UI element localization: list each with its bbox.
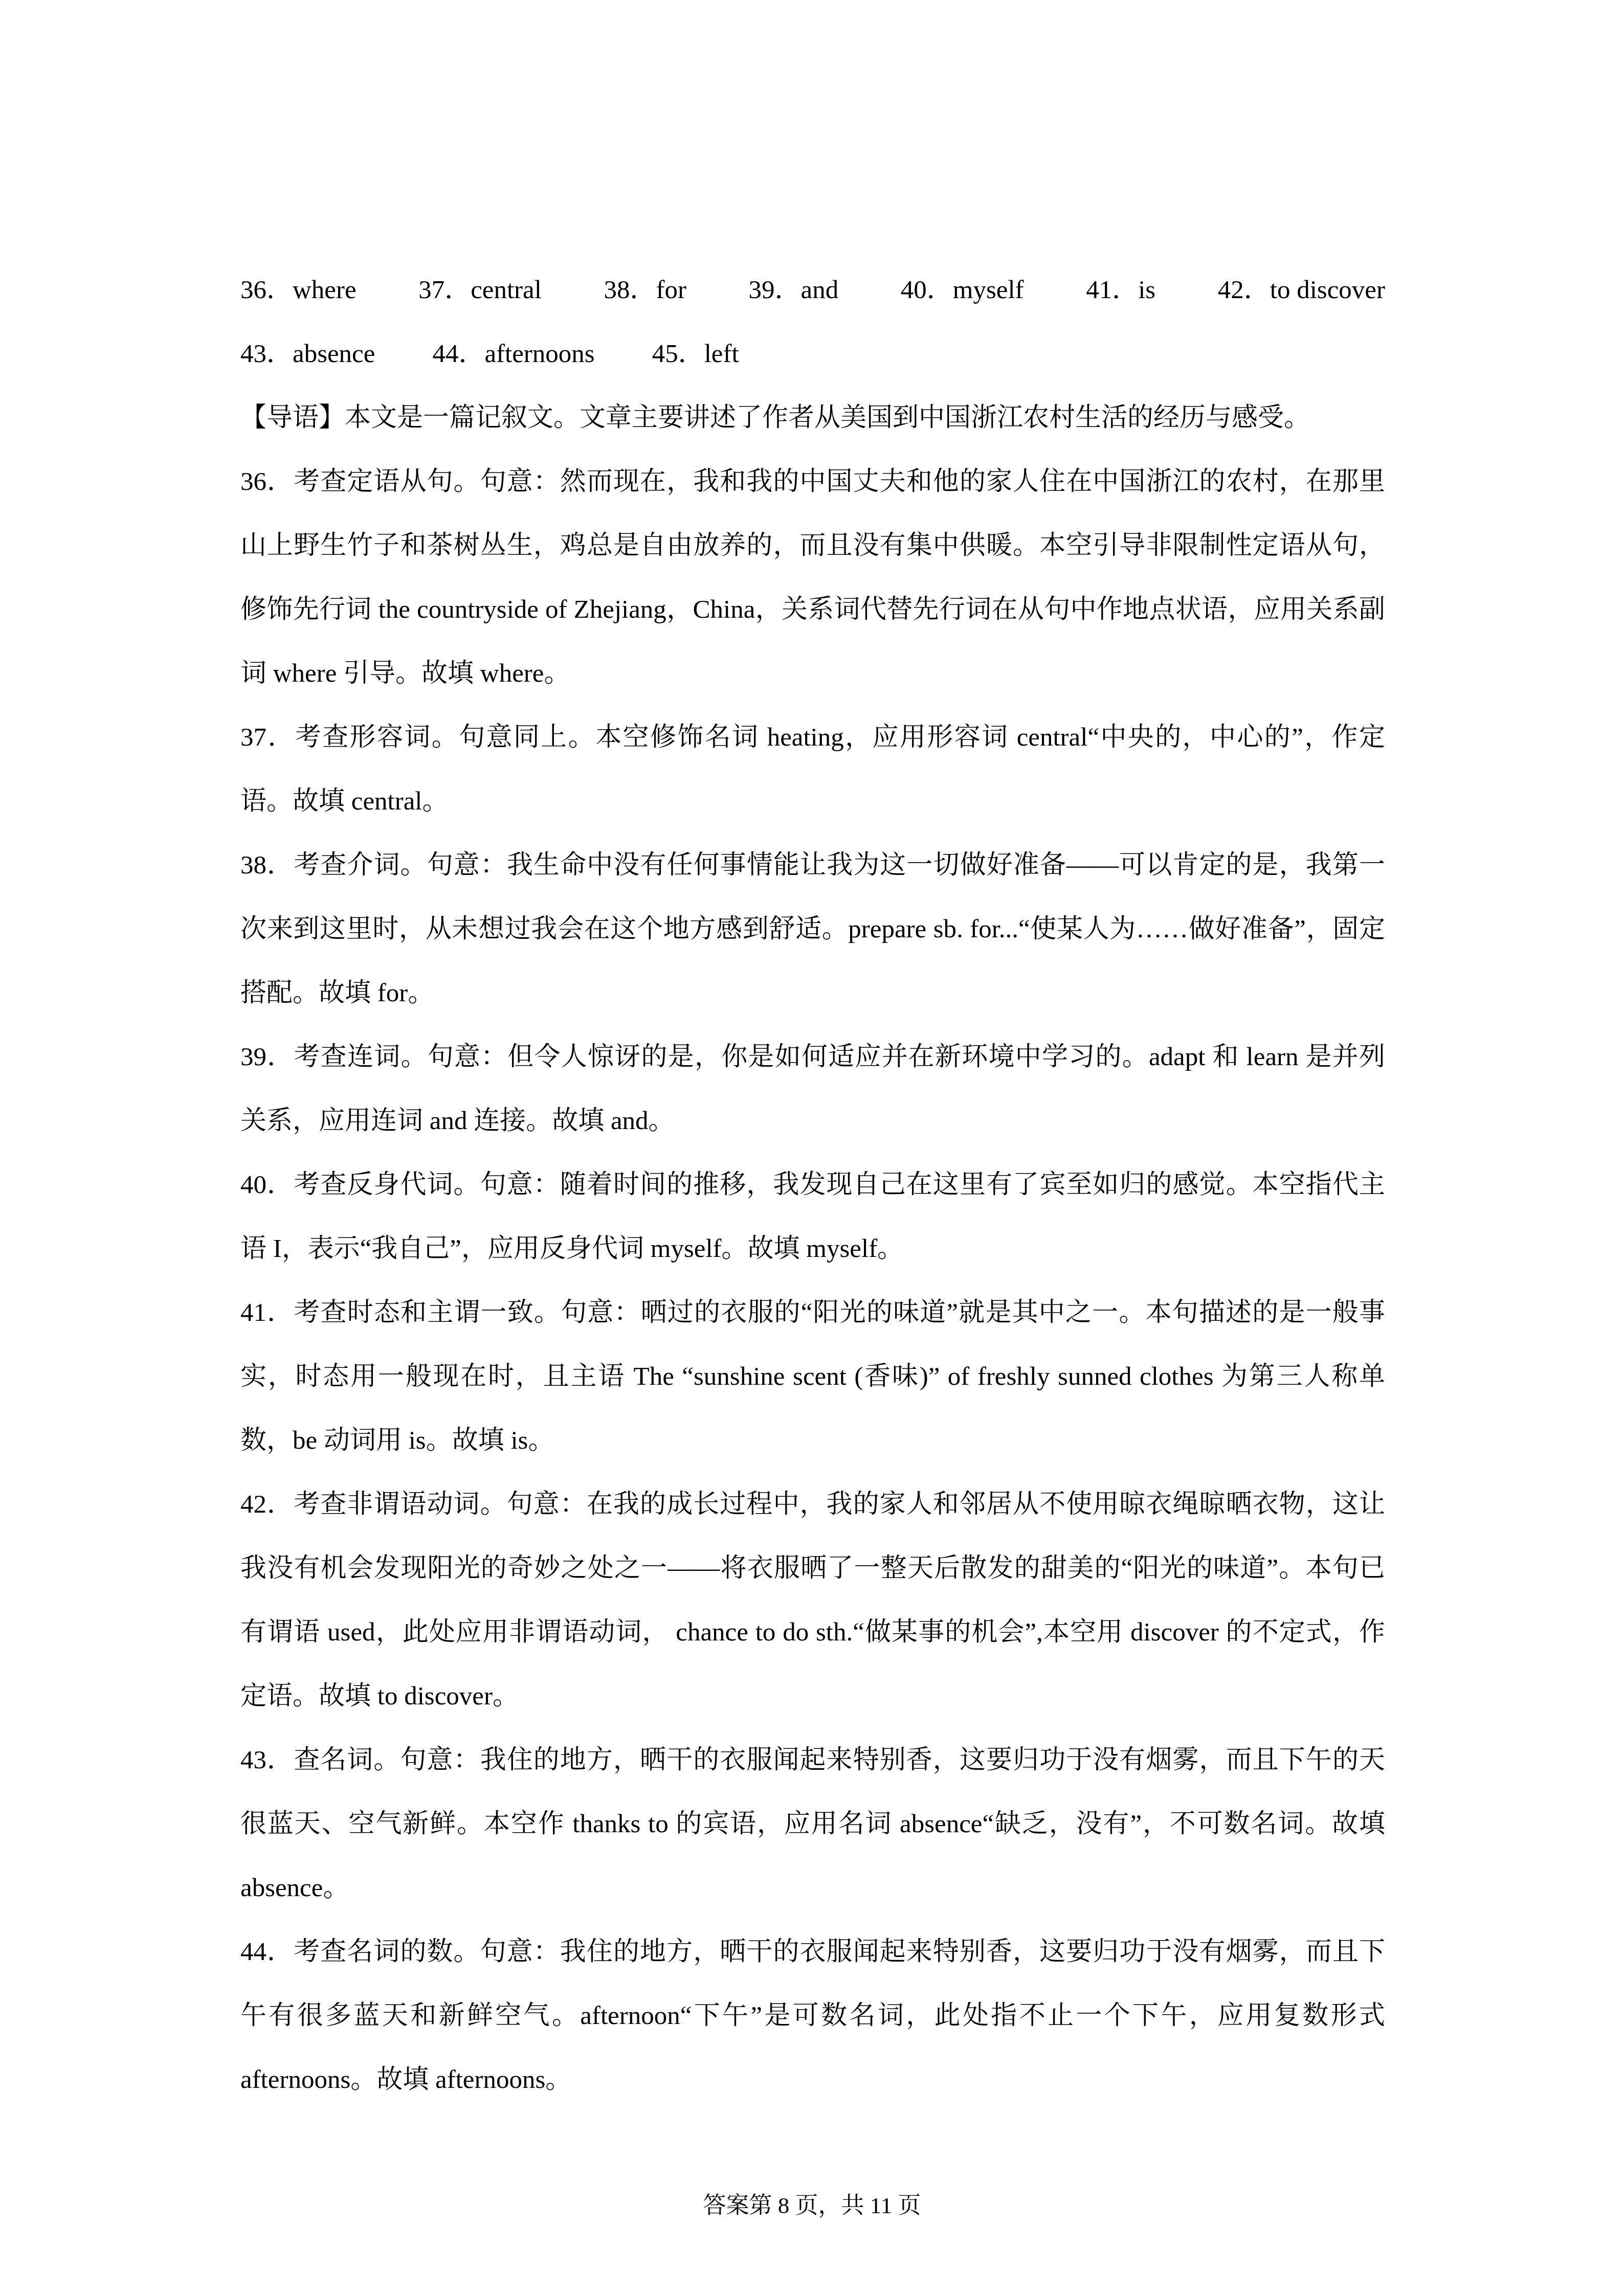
answer-item-38: 38．for	[604, 258, 686, 322]
answer-item-41: 41．is	[1086, 258, 1155, 322]
explanation-paragraph-43: 43．查名词。句意：我住的地方，晒干的衣服闻起来特别香，这要归功于没有烟雾，而且…	[240, 1728, 1385, 1920]
answer-item-42: 42．to discover	[1218, 258, 1385, 322]
explanation-paragraph-38: 38．考查介词。句意：我生命中没有任何事情能让我为这一切做好准备——可以肯定的是…	[240, 834, 1385, 1025]
answer-key-row-1: 36．where 37．central 38．for 39．and 40．mys…	[240, 258, 1385, 322]
answer-item-45: 45．left	[652, 322, 739, 386]
explanation-paragraph-37: 37．考查形容词。句意同上。本空修饰名词 heating，应用形容词 centr…	[240, 706, 1385, 834]
answer-key-row-2: 43．absence 44．afternoons 45．left	[240, 322, 1385, 386]
explanation-paragraph-44: 44．考查名词的数。句意：我住的地方，晒干的衣服闻起来特别香，这要归功于没有烟雾…	[240, 1920, 1385, 2112]
explanation-paragraph-40: 40．考查反身代词。句意：随着时间的推移，我发现自己在这里有了宾至如归的感觉。本…	[240, 1153, 1385, 1281]
answer-item-36: 36．where	[240, 258, 357, 322]
intro-note-paragraph: 【导语】本文是一篇记叙文。文章主要讲述了作者从美国到中国浙江农村生活的经历与感受…	[240, 386, 1385, 450]
answer-item-37: 37．central	[418, 258, 542, 322]
answer-item-43: 43．absence	[240, 322, 375, 386]
document-page: 36．where 37．central 38．for 39．and 40．mys…	[0, 0, 1624, 2296]
answer-item-40: 40．myself	[901, 258, 1024, 322]
answer-explanations-section: 36．where 37．central 38．for 39．and 40．mys…	[240, 258, 1385, 2112]
page-number-footer: 答案第 8 页，共 11 页	[0, 2190, 1624, 2221]
explanation-paragraph-36: 36．考查定语从句。句意：然而现在，我和我的中国丈夫和他的家人住在中国浙江的农村…	[240, 450, 1385, 706]
explanation-paragraph-42: 42．考查非谓语动词。句意：在我的成长过程中，我的家人和邻居从不使用晾衣绳晾晒衣…	[240, 1473, 1385, 1728]
explanation-paragraph-41: 41．考查时态和主谓一致。句意：晒过的衣服的“阳光的味道”就是其中之一。本句描述…	[240, 1281, 1385, 1473]
explanation-paragraph-39: 39．考查连词。句意：但令人惊讶的是，你是如何适应并在新环境中学习的。adapt…	[240, 1025, 1385, 1153]
answer-item-44: 44．afternoons	[432, 322, 594, 386]
answer-item-39: 39．and	[749, 258, 839, 322]
